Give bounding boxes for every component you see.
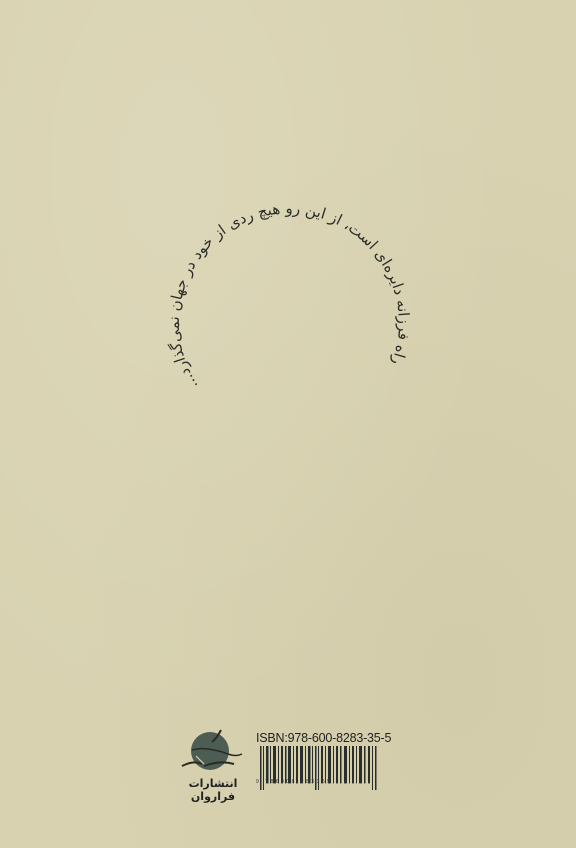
book-back-cover: راه فرزانه دایره‌ای است، از این رو هیچ ر… bbox=[0, 0, 576, 848]
barcode-digits: 9 786008 283355 bbox=[256, 779, 380, 785]
circular-quote: راه فرزانه دایره‌ای است، از این رو هیچ ر… bbox=[0, 0, 576, 848]
quote-text: راه فرزانه دایره‌ای است، از این رو هیچ ر… bbox=[165, 199, 413, 393]
publisher-name: انتشارات فراروان bbox=[176, 777, 250, 803]
isbn-barcode: ISBN:978-600-8283-35-5 9 786 bbox=[256, 731, 404, 797]
isbn-label: ISBN:978-600-8283-35-5 bbox=[256, 731, 416, 745]
